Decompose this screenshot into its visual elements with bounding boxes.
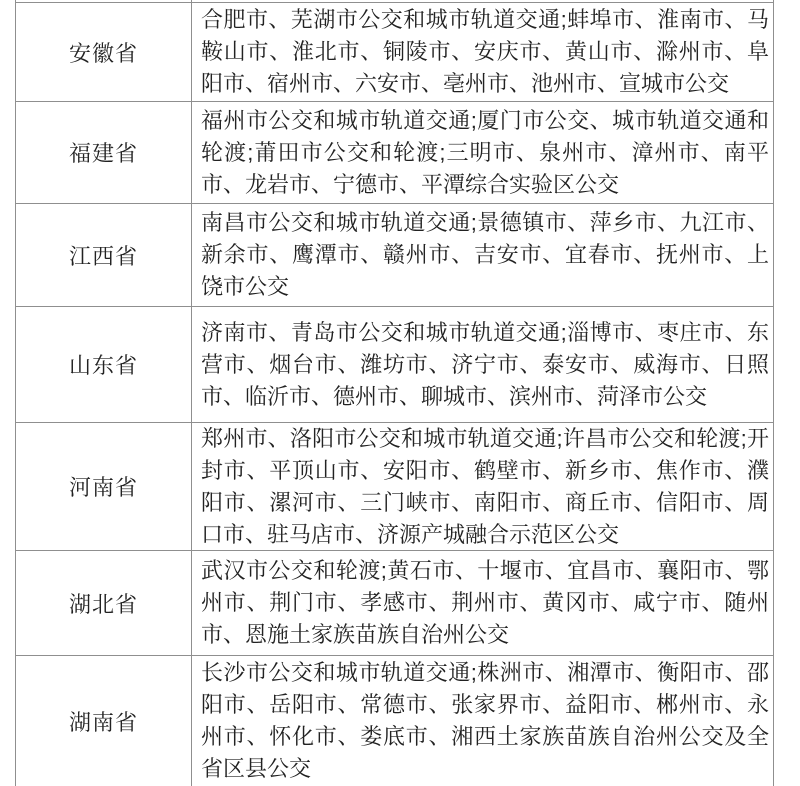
table-row-anhui: 安徽省 合肥市、芜湖市公交和城市轨道交通;蚌埠市、淮南市、马鞍山市、淮北市、铜陵… xyxy=(15,3,774,102)
province-cell xyxy=(15,0,192,2)
details-text: 济南市、青岛市公交和城市轨道交通;淄博市、枣庄市、东营市、烟台市、潍坊市、济宁市… xyxy=(201,317,769,413)
province-cell: 湖南省 xyxy=(15,656,192,764)
details-cell: 合肥市、芜湖市公交和城市轨道交通;蚌埠市、淮南市、马鞍山市、淮北市、铜陵市、安庆… xyxy=(192,3,774,101)
details-text: 合肥市、芜湖市公交和城市轨道交通;蚌埠市、淮南市、马鞍山市、淮北市、铜陵市、安庆… xyxy=(201,4,769,100)
details-cell: 郑州市、洛阳市公交和城市轨道交通;许昌市公交和轮渡;开封市、平顶山市、安阳市、鹤… xyxy=(192,423,774,550)
details-text: 南昌市公交和城市轨道交通;景德镇市、萍乡市、九江市、新余市、鹰潭市、赣州市、吉安… xyxy=(201,207,769,303)
details-text: 郑州市、洛阳市公交和城市轨道交通;许昌市公交和轮渡;开封市、平顶山市、安阳市、鹤… xyxy=(201,423,769,550)
province-cell: 河南省 xyxy=(15,423,192,550)
table-row-shandong: 山东省 济南市、青岛市公交和城市轨道交通;淄博市、枣庄市、东营市、烟台市、潍坊市… xyxy=(15,307,774,423)
province-cell: 安徽省 xyxy=(15,3,192,101)
details-text: 长沙市公交和城市轨道交通;株洲市、湘潭市、衡阳市、邵阳市、岳阳市、常德市、张家界… xyxy=(201,657,769,764)
table-row-fujian: 福建省 福州市公交和城市轨道交通;厦门市公交、城市轨道交通和轮渡;莆田市公交和轮… xyxy=(15,102,774,204)
province-cell: 江西省 xyxy=(15,204,192,306)
details-text: 福州市公交和城市轨道交通;厦门市公交、城市轨道交通和轮渡;莆田市公交和轮渡;三明… xyxy=(201,105,769,201)
table-row-hubei: 湖北省 武汉市公交和轮渡;黄石市、十堰市、宜昌市、襄阳市、鄂州市、荆门市、孝感市… xyxy=(15,551,774,656)
province-transit-table: 安徽省 合肥市、芜湖市公交和城市轨道交通;蚌埠市、淮南市、马鞍山市、淮北市、铜陵… xyxy=(15,0,774,764)
details-cell: 武汉市公交和轮渡;黄石市、十堰市、宜昌市、襄阳市、鄂州市、荆门市、孝感市、荆州市… xyxy=(192,551,774,655)
province-cell: 福建省 xyxy=(15,102,192,203)
table-row-henan: 河南省 郑州市、洛阳市公交和城市轨道交通;许昌市公交和轮渡;开封市、平顶山市、安… xyxy=(15,423,774,551)
province-cell: 湖北省 xyxy=(15,551,192,655)
province-cell: 山东省 xyxy=(15,307,192,422)
details-cell: 福州市公交和城市轨道交通;厦门市公交、城市轨道交通和轮渡;莆田市公交和轮渡;三明… xyxy=(192,102,774,203)
details-text: 武汉市公交和轮渡;黄石市、十堰市、宜昌市、襄阳市、鄂州市、荆门市、孝感市、荆州市… xyxy=(201,555,769,651)
table-row-jiangxi: 江西省 南昌市公交和城市轨道交通;景德镇市、萍乡市、九江市、新余市、鹰潭市、赣州… xyxy=(15,204,774,307)
details-cell: 长沙市公交和城市轨道交通;株洲市、湘潭市、衡阳市、邵阳市、岳阳市、常德市、张家界… xyxy=(192,656,774,764)
details-cell: 南昌市公交和城市轨道交通;景德镇市、萍乡市、九江市、新余市、鹰潭市、赣州市、吉安… xyxy=(192,204,774,306)
table-row-hunan: 湖南省 长沙市公交和城市轨道交通;株洲市、湘潭市、衡阳市、邵阳市、岳阳市、常德市… xyxy=(15,656,774,764)
details-cell: 济南市、青岛市公交和城市轨道交通;淄博市、枣庄市、东营市、烟台市、潍坊市、济宁市… xyxy=(192,307,774,422)
